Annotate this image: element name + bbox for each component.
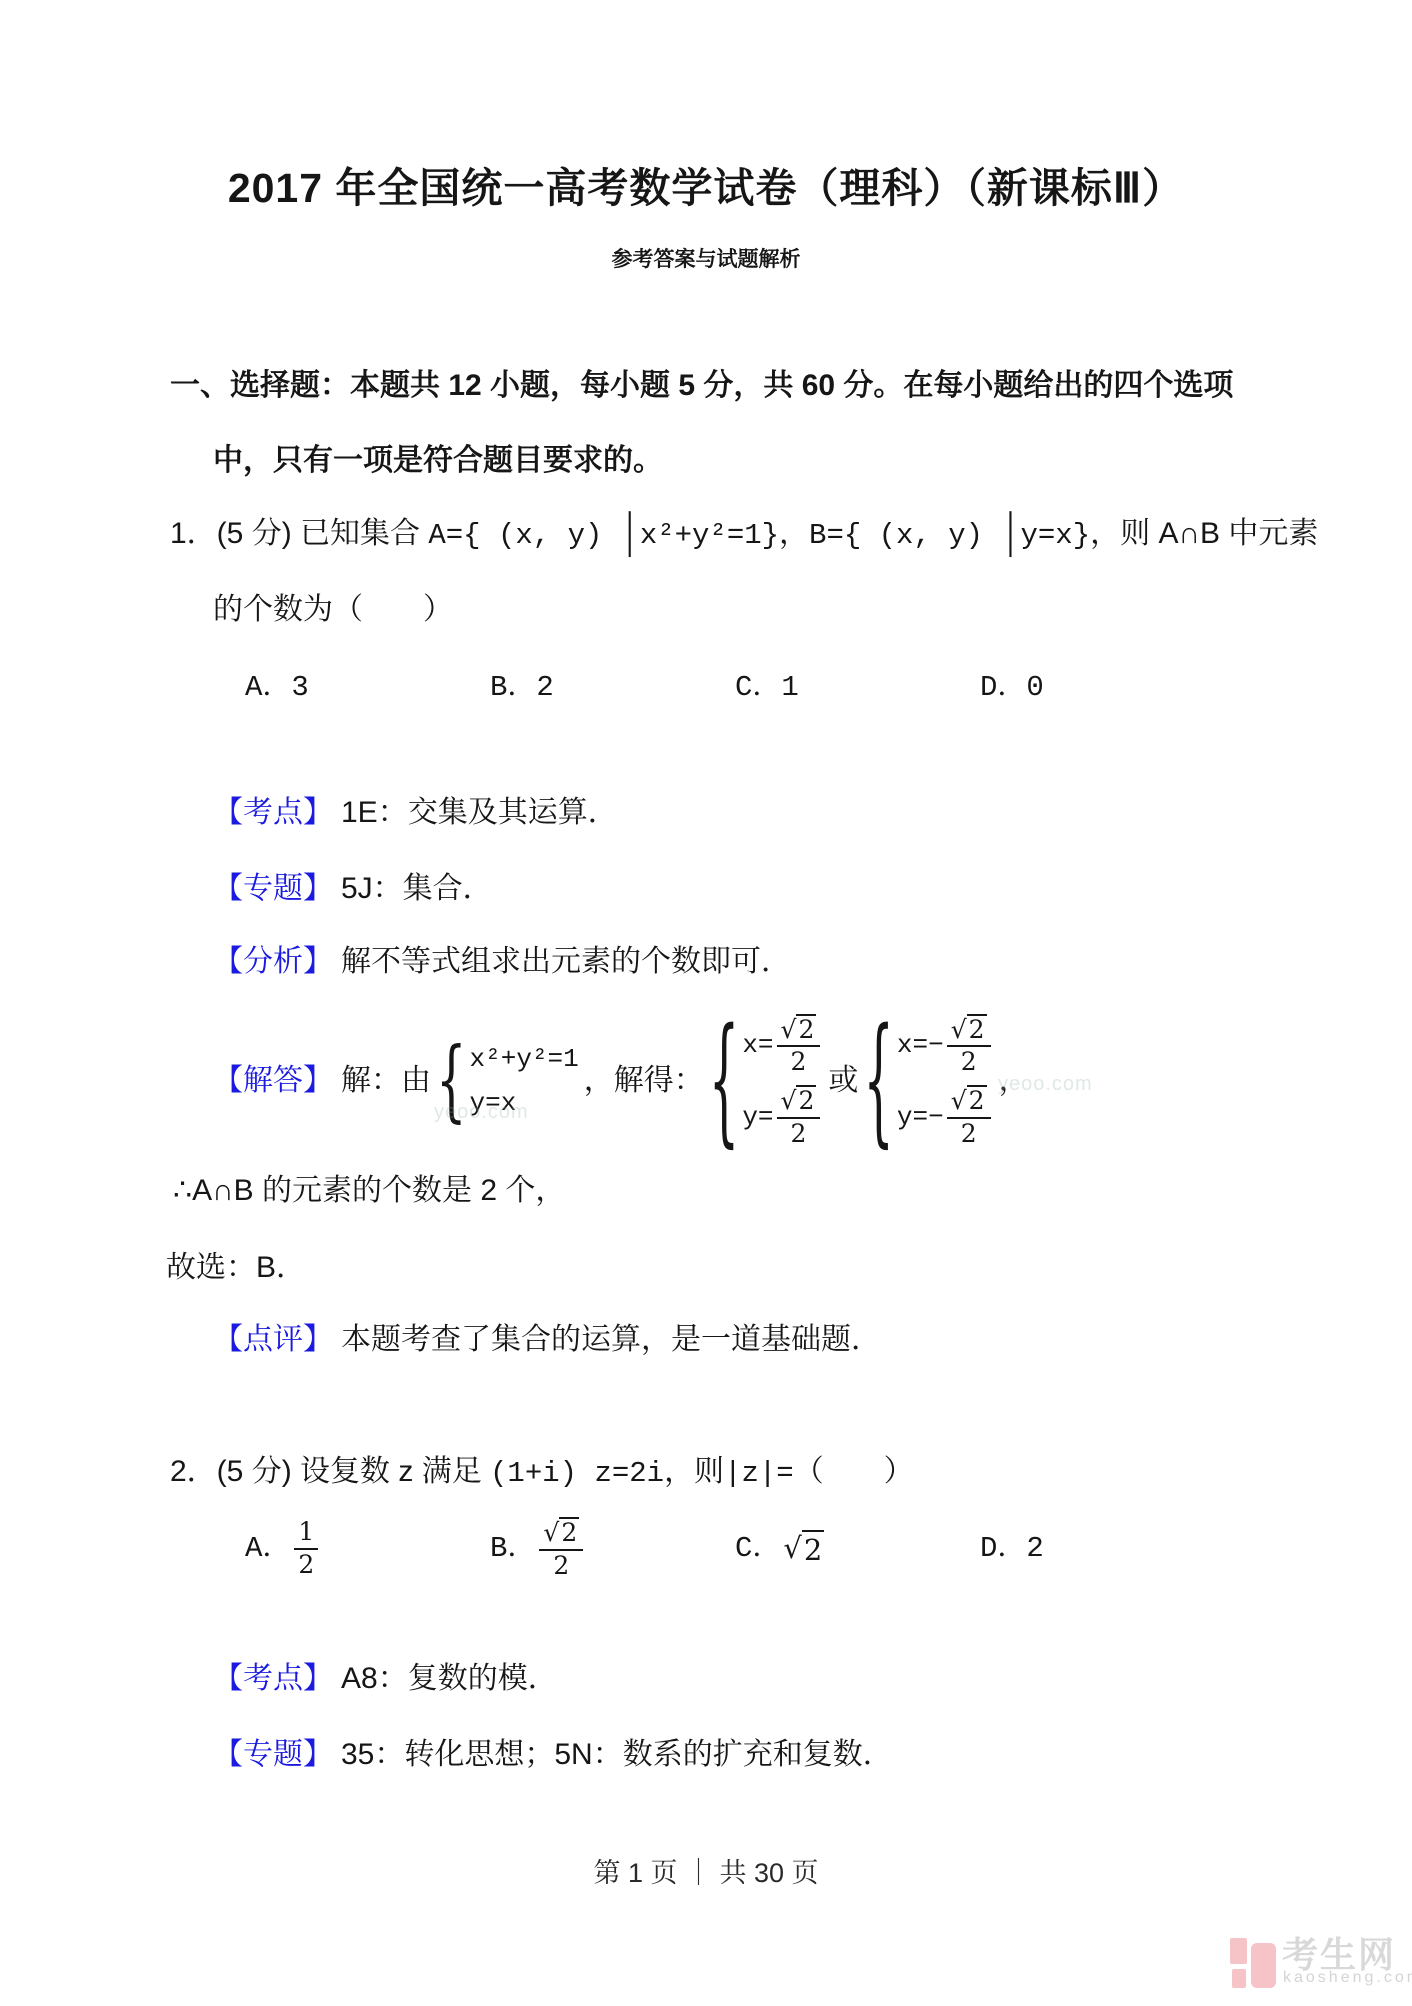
exam-point-text: 1E：交集及其运算． <box>341 796 618 829</box>
comma-separator: ， <box>779 517 809 550</box>
q1-comment-row: 【点评】本题考查了集合的运算，是一道基础题． <box>213 1321 881 1359</box>
q1-answer-line: 故选：B． <box>166 1249 306 1287</box>
denominator: 2 <box>961 1047 977 1077</box>
denominator: 2 <box>791 1047 807 1077</box>
site-domain: kaosheng.com <box>1283 1968 1412 1988</box>
radicand: 2 <box>802 1530 824 1568</box>
comment-tag: 【点评】 <box>213 1323 333 1356</box>
option-a: A． 12 <box>245 1518 490 1580</box>
radical-sign: √ <box>781 1087 797 1116</box>
comment-text: 本题考查了集合的运算，是一道基础题． <box>341 1323 881 1356</box>
section-heading-line1: 一、选择题：本题共 12 小题，每小题 5 分，共 60 分。在每小题给出的四个… <box>170 367 1233 405</box>
radical-sign: √ <box>781 1016 797 1045</box>
q2-complex-equation: (1+i) z=2i <box>490 1457 664 1490</box>
radicand: 2 <box>559 1517 579 1548</box>
option-a: A．3 <box>245 670 490 706</box>
y-equals-negative: y=− <box>897 1101 944 1134</box>
q1-stem-tail: ，则 A∩B 中元素 <box>1090 517 1318 550</box>
solution-mid-text: ，解得： <box>584 1062 704 1100</box>
option-c-label: C． <box>735 1531 781 1567</box>
left-brace: { <box>709 994 740 1168</box>
option-d: D．0 <box>980 670 1225 706</box>
system3-equation2: y=− √22 <box>897 1085 994 1149</box>
q1-stem-text: 1．(5 分) 已知集合 <box>170 517 428 550</box>
exam-point-tag: 【考点】 <box>213 796 333 829</box>
fraction-sqrt2-over-2: √22 <box>947 1085 991 1149</box>
topic-text: 35：转化思想；5N：数系的扩充和复数． <box>341 1738 893 1771</box>
left-brace: { <box>863 994 894 1168</box>
denominator: 2 <box>961 1119 977 1149</box>
logo-block-icon <box>1230 1938 1247 1964</box>
q1-topic-row: 【专题】5J：集合． <box>213 870 493 908</box>
question1-options: A．3B．2C．1D．0 <box>245 667 1225 706</box>
page-subtitle: 参考答案与试题解析 <box>0 247 1412 273</box>
modulus-of-z: |z| <box>724 1457 776 1490</box>
q1-solution-row: 【解答】 解：由 { x²+y²=1 y=x ，解得： { x= √22 y= … <box>213 1000 1029 1162</box>
x-equals: x= <box>742 1029 773 1062</box>
q2-then-text: ，则 <box>664 1455 724 1488</box>
exam-point-text: A8：复数的模． <box>341 1662 558 1695</box>
equals-sign: = <box>776 1457 793 1490</box>
radicand: 2 <box>967 1014 987 1045</box>
analysis-tag: 【分析】 <box>213 945 333 978</box>
question1-stem-line2: 的个数为（ ） <box>213 591 453 629</box>
option-b: B．2 <box>490 670 735 706</box>
topic-tag: 【专题】 <box>213 872 333 905</box>
q1-analysis-row: 【分析】解不等式组求出元素的个数即可． <box>213 943 791 981</box>
or-text: 或 <box>828 1062 858 1100</box>
question2-options: A． 12 B． √22 C． √2 D．2 <box>245 1512 1044 1586</box>
analysis-text: 解不等式组求出元素的个数即可． <box>341 945 791 978</box>
radicand: 2 <box>796 1085 816 1116</box>
q1-conclusion-line: ∴A∩B 的元素的个数是 2 个， <box>173 1172 565 1210</box>
equation-system-2: { x= √22 y= √22 <box>709 1014 824 1149</box>
option-b: B． √22 <box>490 1517 735 1581</box>
set-builder-bar: │ <box>621 511 639 562</box>
option-c: C．1 <box>735 670 980 706</box>
faint-watermark-text: yeoo.com <box>434 1100 529 1125</box>
logo-block-icon <box>1251 1943 1276 1988</box>
radical-sign: √ <box>951 1087 967 1116</box>
q2-exam-point-row: 【考点】A8：复数的模． <box>213 1660 558 1698</box>
site-watermark-logo: 考生网 kaosheng.com <box>1228 1930 1404 1994</box>
option-d: D．2 <box>980 1531 1044 1567</box>
system2-equation2: y= √22 <box>742 1085 823 1149</box>
topic-tag: 【专题】 <box>213 1738 333 1771</box>
y-equals: y= <box>742 1101 773 1134</box>
logo-block-icon <box>1232 1969 1246 1988</box>
radical-sign: √ <box>783 1530 801 1566</box>
topic-text: 5J：集合． <box>341 872 493 905</box>
denominator: 2 <box>553 1551 569 1581</box>
equation-system-3: { x=− √22 y=− √22 <box>863 1014 993 1149</box>
radical-sign: √ <box>951 1016 967 1045</box>
section-heading-line2: 中，只有一项是符合题目要求的。 <box>213 442 663 480</box>
question2-stem-line: 2．(5 分) 设复数 z 满足 (1+i) z=2i，则|z|=（ ） <box>170 1453 914 1492</box>
q1-set-b-formula: B={ (x, y) <box>809 519 1000 552</box>
set-builder-bar: │ <box>1001 511 1019 562</box>
fraction-sqrt2-over-2: √22 <box>539 1517 583 1581</box>
radicand: 2 <box>967 1085 987 1116</box>
sqrt-2: √2 <box>783 1530 824 1568</box>
denominator: 2 <box>791 1119 807 1149</box>
page-number-footer: 第 1 页 ｜ 共 30 页 <box>0 1857 1412 1891</box>
system2-equation1: x= √22 <box>742 1014 823 1078</box>
solution-pre-text: 解：由 <box>341 1062 431 1100</box>
radical-sign: √ <box>543 1519 559 1548</box>
option-b-label: B． <box>490 1531 536 1567</box>
option-c: C． √2 <box>735 1530 980 1568</box>
x-equals-negative: x=− <box>897 1029 944 1062</box>
system3-equation1: x=− √22 <box>897 1014 994 1078</box>
exam-point-tag: 【考点】 <box>213 1662 333 1695</box>
q2-topic-row: 【专题】35：转化思想；5N：数系的扩充和复数． <box>213 1736 893 1774</box>
fraction-sqrt2-over-2: √22 <box>777 1014 821 1078</box>
q1-set-a-formula: A={ (x, y) <box>428 519 619 552</box>
q2-stem-text: 2．(5 分) 设复数 z 满足 <box>170 1455 490 1488</box>
exam-document-page: 2017 年全国统一高考数学试卷（理科）（新课标Ⅲ） 参考答案与试题解析 一、选… <box>0 0 1412 2006</box>
page-title: 2017 年全国统一高考数学试卷（理科）（新课标Ⅲ） <box>0 163 1412 214</box>
answer-blank-parens: （ ） <box>794 1455 914 1488</box>
fraction-one-half: 12 <box>294 1518 318 1580</box>
question1-stem-line1: 1．(5 分) 已知集合 A={ (x, y) │x²+y²=1}，B={ (x… <box>170 515 1318 556</box>
option-a-label: A． <box>245 1531 291 1567</box>
system1-equation1: x²+y²=1 <box>470 1043 579 1076</box>
q1-line-equation: y=x} <box>1021 519 1091 552</box>
radicand: 2 <box>796 1014 816 1045</box>
faint-watermark-text: yeoo.com <box>998 1072 1093 1097</box>
solution-tag: 【解答】 <box>213 1062 333 1100</box>
q1-exam-point-row: 【考点】1E：交集及其运算． <box>213 794 618 832</box>
fraction-sqrt2-over-2: √22 <box>947 1014 991 1078</box>
q1-circle-equation: x²+y²=1} <box>640 519 779 552</box>
fraction-sqrt2-over-2: √22 <box>777 1085 821 1149</box>
